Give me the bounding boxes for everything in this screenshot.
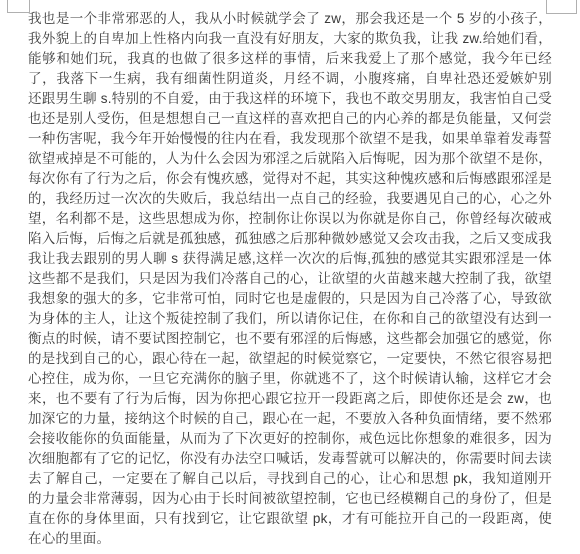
text-line: 望，名利都不是，这些思想成为你，控制你让你误以为你就是你自己，你曾经每次破戒后就 xyxy=(28,209,552,229)
text-line: 会接收能你的负面能量，从而为了下次更好的控制你，戒色远比你想象的难很多，因为你每 xyxy=(28,429,552,449)
text-line: 衡点的时候，请不要试图控制它，也不要有邪淫的后悔感，这些都会加强它的感觉，你要做 xyxy=(28,329,552,349)
text-line: 加深它的力量，接纳这个时候的自己，跟心在一起，不要放入各种负面情绪，要不然邪淫就 xyxy=(28,409,552,429)
text-line: 我让我去跟别的男人聊 s 获得满足感,这样一次次的后悔,孤独的感觉其实跟邪淫是一… xyxy=(28,249,552,269)
text-line: 能够和她们玩，我真的也做了很多这样的事情，后来我爱上了那个感觉，我今年已经 27… xyxy=(28,49,552,69)
selection-handle-top-left-icon xyxy=(7,0,30,13)
document-page: 我也是一个非常邪恶的人，我从小时候就学会了 zw，那会我还是一个 5 岁的小孩子… xyxy=(0,0,580,554)
text-line: 去了解自己，一定要在了解自己以后，寻找到自己的心，让心和思想 pk，我知道刚开始… xyxy=(28,469,552,489)
text-line: 的，我经历过一次次的失败后，我总结出一点自己的经验，我要遇见自己的心，心之外的欲 xyxy=(28,189,552,209)
text-line: 一种伤害呢，我今年开始慢慢的往内在看，我发现那个欲望不是我，如果单靠着发毒誓想把 xyxy=(28,129,552,149)
text-line: 也还是别人受伤，但是想想自己一直这样的喜欢把自己的内心养的都是负能量，又何尝不是 xyxy=(28,109,552,129)
text-line: 的力量会非常薄弱，因为心由于长时间被欲望控制，它也已经模糊自己的身份了，但是她一 xyxy=(28,489,552,509)
text-line: 心控住，成为你，一旦它充满你的脑子里，你就逃不了，这个时候请认输，这样它才会弱下 xyxy=(28,369,552,389)
text-line: 这些都不是我们，只是因为我们冷落自己的心，让欲望的火苗越来越大控制了我，欲望远比 xyxy=(28,269,552,289)
text-line: 每次你有了行为之后，你会有愧疚感，觉得对不起，其实这种愧疚感和后悔感跟邪淫是一起 xyxy=(28,169,552,189)
text-line: 陷入后悔，后悔之后就是孤独感，孤独感之后那种微妙感觉又会攻击我，之后又变成我控制 xyxy=(28,229,552,249)
text-line: 为身体的主人，让这个叛徒控制了我们，所以请你记住，在你和自己的欲望没有达到一个平 xyxy=(28,309,552,329)
text-line: 我也是一个非常邪恶的人，我从小时候就学会了 zw，那会我还是一个 5 岁的小孩子… xyxy=(28,9,552,29)
body-text-block: 我也是一个非常邪恶的人，我从小时候就学会了 zw，那会我还是一个 5 岁的小孩子… xyxy=(28,9,552,549)
text-line: 还跟男生聊 s.特别的不自爱，由于我这样的环境下，我也不敢交男朋友，我害怕自己受… xyxy=(28,89,552,109)
text-line: 欲望戒掉是不可能的，人为什么会因为邪淫之后就陷入后悔呢，因为那个欲望不是你，然后 xyxy=(28,149,552,169)
text-line: 了，我落下一生病，我有细菌性阴道炎，月经不调，小腹疼痛，自卑社恐还爱嫉妒别人，我 xyxy=(28,69,552,89)
text-line: 在心的里面。 xyxy=(28,529,552,549)
text-line: 我想象的强大的多，它非常可怕，同时它也是虚假的，只是因为自己冷落了心，导致欲望成 xyxy=(28,289,552,309)
text-line: 来，也不要有了行为后悔，因为你把心跟它拉开一段距离之后，即使你还是会 zw，也不… xyxy=(28,389,552,409)
text-line: 次细胞都有了它的记忆，你没有办法空口喊话，发毒誓就可以解决的，你需要时间去读书， xyxy=(28,449,552,469)
text-line: 我外貌上的自卑加上性格内向我一直没有好朋友，大家的欺负我，让我 zw.给她们看，… xyxy=(28,29,552,49)
text-line: 的是找到自己的心，跟心待在一起，欲望起的时候觉察它，一定要快，不然它很容易把你的 xyxy=(28,349,552,369)
text-line: 直在你的身体里面，只有找到它，让它跟欲望 pk，才有可能拉开自己的一段距离，使欲… xyxy=(28,509,552,529)
